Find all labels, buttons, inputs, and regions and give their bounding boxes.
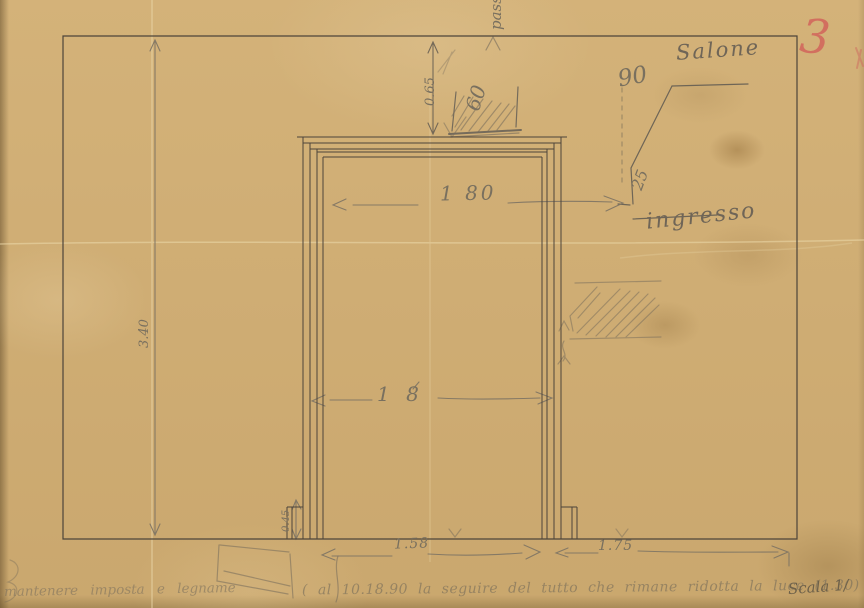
opening-lower-dim: 1 8: [377, 384, 424, 404]
gap-dim: 0.65: [424, 77, 437, 106]
door-width-dimline: [322, 545, 540, 560]
red-marks: [856, 48, 863, 68]
wall-section-sketch: [558, 281, 661, 364]
right-span-dimline: [556, 546, 789, 566]
opening-lower-dimline: [312, 382, 552, 406]
door-width-dim: 1.58: [394, 536, 430, 551]
pencil-marks: [5, 37, 748, 602]
salone-label: Salone: [675, 37, 760, 64]
door-frame: [287, 137, 577, 539]
right-span-dim: 1.75: [598, 539, 633, 553]
sheet-number: 3: [798, 13, 833, 63]
passage-note: passo: [489, 0, 504, 30]
plan-sketch: [618, 84, 748, 219]
scale-note: Scala 1/: [788, 578, 850, 597]
plinth-dimline: [292, 500, 301, 539]
plinth-dim: 0.45: [282, 510, 292, 532]
wall-height-dim: 3.40: [138, 319, 151, 348]
passage-arrow-icon: [486, 37, 500, 50]
drawing-sheet: 3 Salone ingresso 90 25 passo 0.65 60 1 …: [0, 0, 864, 608]
opening-upper-dim: 1 80: [440, 183, 497, 204]
plan-opening-dim: 90: [616, 64, 649, 92]
